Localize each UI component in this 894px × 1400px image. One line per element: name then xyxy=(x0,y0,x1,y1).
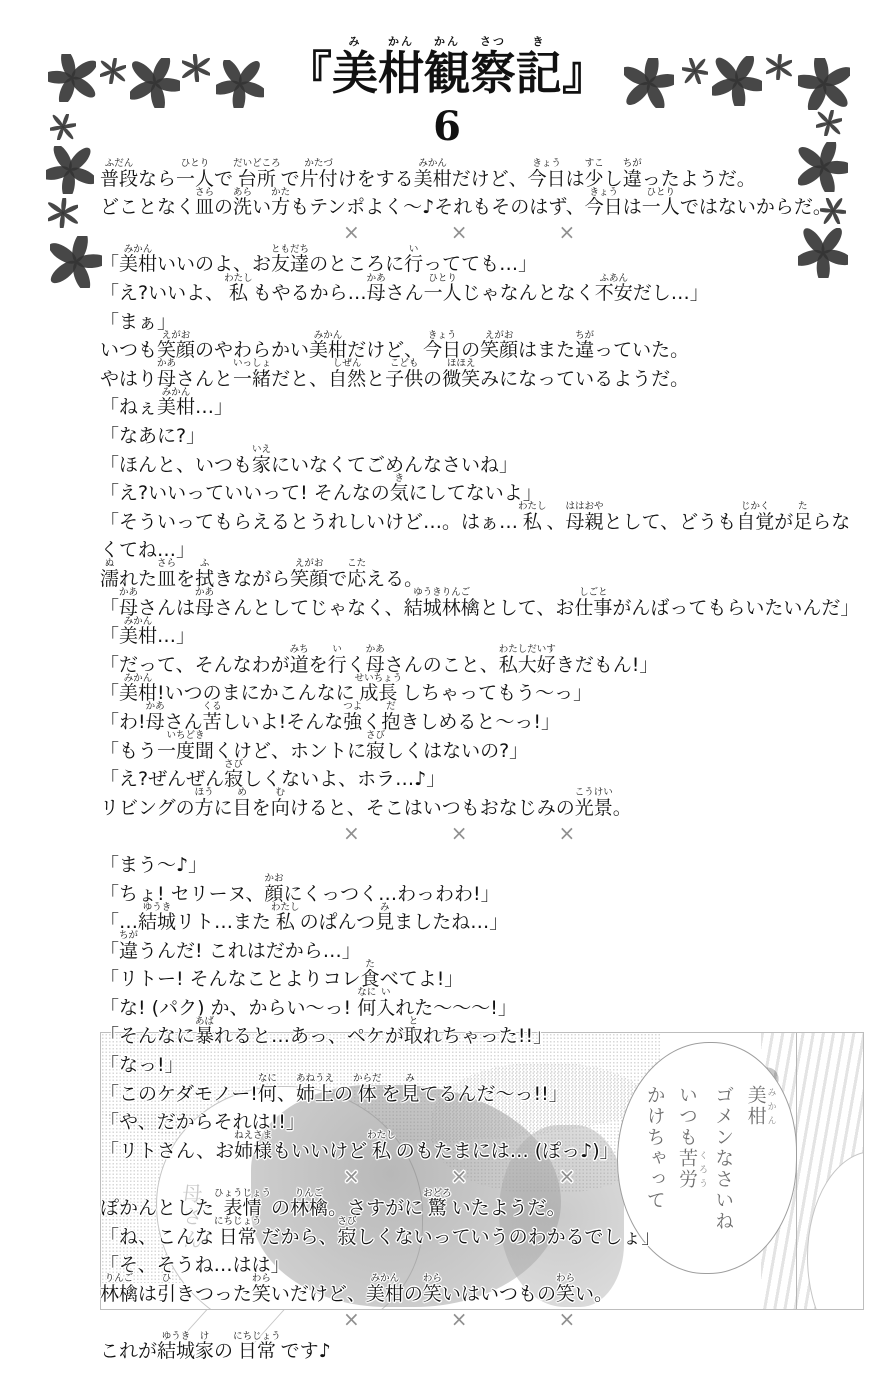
x-separator-icon: × xyxy=(559,222,576,242)
text-line: 「みかん美柑!いつのまにかこんなにせいちょう成長しちゃってもう〜っ」 xyxy=(100,676,870,705)
furigana-group: き記 xyxy=(516,36,562,98)
separator-row: ××× xyxy=(100,1162,870,1191)
x-separator-icon: × xyxy=(451,1309,468,1329)
furigana-group: にちじょう日常 xyxy=(233,1332,281,1362)
furigana-group: わら笑 xyxy=(252,1274,271,1304)
text-line: 「だって、そんなわがみち道をい行くかあ母さんのこと、わたしだいす私大好きだもん!… xyxy=(100,647,870,676)
text-line: 「ねぇみかん美柑…」 xyxy=(100,390,870,419)
text-line: 「かあ母さんはかあ母さんとしてじゃなく、ゆうきりんご結城林檎として、おしごと仕事… xyxy=(100,590,870,619)
furigana-group: ほう方 xyxy=(195,788,214,818)
text-line: 「このケダモノー!なに何、あねうえ姉上のからだ体をみ見てるんだ〜っ!!」 xyxy=(100,1076,870,1105)
title-row: 『み美かん柑かん観さつ察き記』 xyxy=(0,36,894,98)
text-line: 「もういちどき一度聞くけど、ホントにさび寂しくはないの?」 xyxy=(100,733,870,762)
text-line: どことなくさら皿のあら洗いかた方もテンポよく〜♪それもそのはず、きょう今日はひと… xyxy=(100,190,870,219)
novel-page: { "title": { "main": "『[美|み][柑|かん][観|かん]… xyxy=(0,0,894,1400)
text-line: りんご林檎はひ引きつったわら笑いだけど、みかん美柑のわら笑いはいつものわら笑い。 xyxy=(100,1276,870,1305)
text-line: 「…ゆうき結城リト…またわたし私のぱんつみ見ましたね…」 xyxy=(100,904,870,933)
text-line: これがゆうき結城け家のにちじょう日常です♪ xyxy=(100,1333,870,1362)
furigana-group: み美 xyxy=(332,36,378,98)
furigana-group: ねえさま姉様 xyxy=(234,1131,272,1161)
flower-star-icon xyxy=(46,146,94,198)
furigana-group: さつ察 xyxy=(470,36,516,98)
furigana-group: こた応 xyxy=(347,559,366,589)
furigana-group: しぜん自然 xyxy=(328,359,366,389)
furigana-group: だ抱 xyxy=(381,702,400,732)
x-separator-icon: × xyxy=(559,823,576,843)
furigana-group: わたし私 xyxy=(224,274,253,304)
text-line: 「ちょ! セリーヌ、かお顔にくっつく…わっわわ!」 xyxy=(100,876,870,905)
text-line: 「みかん美柑いいのよ、おともだち友達のところにい行ってても…」 xyxy=(100,247,870,276)
furigana-group: た足 xyxy=(793,502,812,532)
text-line: ふだん普段ならひとり一人でだいどころ台所でかたづ片付けをするみかん美柑だけど、き… xyxy=(100,161,870,190)
furigana-group: かあ母 xyxy=(366,645,385,675)
furigana-group: ほほえ微笑 xyxy=(442,359,480,389)
x-separator-icon: × xyxy=(559,1166,576,1186)
furigana-group: ふだん普段 xyxy=(100,159,138,189)
furigana-group: みかん美柑 xyxy=(366,1274,404,1304)
furigana-group: いっしょ一緒 xyxy=(233,359,271,389)
furigana-group: こども子供 xyxy=(385,359,423,389)
furigana-group: い行 xyxy=(328,645,347,675)
furigana-group: なに何 xyxy=(258,1074,277,1104)
furigana-group: さび寂 xyxy=(338,1217,357,1247)
furigana-group: えがお笑顔 xyxy=(290,559,328,589)
furigana-group: きょう今日 xyxy=(528,159,566,189)
furigana-group: わら笑 xyxy=(556,1274,575,1304)
x-separator-icon: × xyxy=(343,823,360,843)
furigana-group: にちじょう日常 xyxy=(214,1217,262,1247)
furigana-group: かん観 xyxy=(424,36,470,98)
furigana-group: ゆうきりんご結城林檎 xyxy=(404,588,480,618)
text-line: 「そんなにあば暴れると…あっ、ペケがと取れちゃった!!」 xyxy=(100,1019,870,1048)
text-line: 「ちが違うんだ! これはだから…」 xyxy=(100,933,870,962)
furigana-group: き気 xyxy=(390,474,409,504)
furigana-group: ひとり一人 xyxy=(642,188,680,218)
furigana-group: いちどき一度聞 xyxy=(157,731,214,761)
furigana-group: ちが違 xyxy=(575,331,594,361)
furigana-group: む向 xyxy=(271,788,290,818)
furigana-group: ともだち友達 xyxy=(271,245,309,275)
furigana-group: いえ家 xyxy=(252,445,271,475)
text-line: 「リトさん、おねえさま姉様もいいけどわたし私のもたまには… (ぽっ♪)」 xyxy=(100,1133,870,1162)
furigana-group: さび寂 xyxy=(224,760,243,790)
furigana-group: と取 xyxy=(404,1017,423,1047)
furigana-group: ひとり一人 xyxy=(176,159,214,189)
furigana-group: せいちょう成長 xyxy=(355,674,403,704)
furigana-group: みかん美柑 xyxy=(309,331,347,361)
x-separator-icon: × xyxy=(451,823,468,843)
furigana-group: みかん美柑 xyxy=(414,159,452,189)
text-line: 「え?いいよ、わたし私もやるから…かあ母さんひとり一人じゃなんとなくふあん不安だ… xyxy=(100,275,870,304)
furigana-group: えがお笑顔 xyxy=(480,331,518,361)
furigana-group: ちが違 xyxy=(119,931,138,961)
furigana-group: み見 xyxy=(375,903,394,933)
furigana-group: なに何 xyxy=(357,988,376,1018)
furigana-group: みかん美柑 xyxy=(157,388,195,418)
text-line: 「え?ぜんぜんさび寂しくないよ、ホラ…♪」 xyxy=(100,761,870,790)
furigana-group: わたし私 xyxy=(367,1131,396,1161)
body-text: ふだん普段ならひとり一人でだいどころ台所でかたづ片付けをするみかん美柑だけど、き… xyxy=(100,161,870,1362)
furigana-group: こうけい光景 xyxy=(575,788,613,818)
furigana-group: い行 xyxy=(404,245,423,275)
x-separator-icon: × xyxy=(343,222,360,242)
furigana-group: みかん美柑 xyxy=(119,617,157,647)
page-title: 『み美かん柑かん観さつ察き記』 xyxy=(286,36,608,98)
furigana-group: ひょうじょう表情 xyxy=(214,1189,271,1219)
text-line: いつもえがお笑顔のやわらかいみかん美柑だけど、きょう今日のえがお笑顔はまたちが違… xyxy=(100,333,870,362)
furigana-group: だいどころ台所 xyxy=(233,159,281,189)
text-line: 「まう〜♪」 xyxy=(100,847,870,876)
furigana-group: きょう今日 xyxy=(585,188,623,218)
furigana-group: えがお笑顔 xyxy=(157,331,195,361)
furigana-group: あら洗 xyxy=(233,188,252,218)
furigana-group: ふあん不安 xyxy=(595,274,633,304)
furigana-group: た食 xyxy=(361,960,380,990)
separator-row: ××× xyxy=(100,1305,870,1334)
furigana-group: ちが違 xyxy=(623,159,642,189)
furigana-group: あば暴 xyxy=(195,1017,214,1047)
text-line: 「なあに?」 xyxy=(100,418,870,447)
furigana-group: け家 xyxy=(195,1332,214,1362)
x-separator-icon: × xyxy=(451,222,468,242)
furigana-group: さび寂 xyxy=(366,731,385,761)
chapter-number: 6 xyxy=(0,103,894,150)
text-line: 「や、だからそれは!!」 xyxy=(100,1105,870,1134)
text-line: やはりかあ母さんといっしょ一緒だと、しぜん自然とこども子供のほほえ微笑みになって… xyxy=(100,361,870,390)
furigana-group: かあ母 xyxy=(157,359,176,389)
text-line: くてね…」 xyxy=(100,533,870,562)
furigana-group: きょう今日 xyxy=(423,331,461,361)
furigana-group: い入 xyxy=(376,988,395,1018)
flower-star-icon xyxy=(50,236,102,292)
text-line: 「な! (パク) か、からい〜っ! なに何い入れた〜〜〜!」 xyxy=(100,990,870,1019)
text-line: 「なっ!」 xyxy=(100,1047,870,1076)
furigana-group: りんご林檎 xyxy=(100,1274,138,1304)
text-line: 「ほんと、いつもいえ家にいなくてごめんなさいね」 xyxy=(100,447,870,476)
text-line: 「みかん美柑…」 xyxy=(100,619,870,648)
furigana-group: かん柑 xyxy=(378,36,424,98)
furigana-group: わら笑 xyxy=(423,1274,442,1304)
furigana-group: わたし私 xyxy=(518,502,547,532)
furigana-group: かお顔 xyxy=(265,874,284,904)
furigana-group: みち道 xyxy=(290,645,309,675)
x-separator-icon: × xyxy=(343,1309,360,1329)
furigana-group: さら皿 xyxy=(157,559,176,589)
text-line: リビングのほう方にめ目をむ向けると、そこはいつもおなじみのこうけい光景。 xyxy=(100,790,870,819)
x-separator-icon: × xyxy=(451,1166,468,1186)
text-line: 「え?いいっていいって! そんなのき気にしてないよ」 xyxy=(100,476,870,505)
furigana-group: つよ強 xyxy=(343,702,362,732)
furigana-group: ひ引 xyxy=(157,1274,176,1304)
furigana-group: かた方 xyxy=(271,188,290,218)
x-separator-icon: × xyxy=(559,1309,576,1329)
separator-row: ××× xyxy=(100,218,870,247)
text-line: ぽかんとしたひょうじょう表情のりんご林檎。さすがにおどろ驚いたようだ。 xyxy=(100,1190,870,1219)
furigana-group: りんご林檎 xyxy=(290,1189,328,1219)
furigana-group: み見 xyxy=(401,1074,420,1104)
furigana-group: ふ拭 xyxy=(195,559,214,589)
furigana-group: わたしだいす私大好 xyxy=(499,645,556,675)
furigana-group: ゆうき結城 xyxy=(138,903,176,933)
furigana-group: しごと仕事 xyxy=(574,588,612,618)
furigana-group: ぬ濡 xyxy=(100,559,119,589)
furigana-group: みかん美柑 xyxy=(119,245,157,275)
text-line: 「まぁ」 xyxy=(100,304,870,333)
furigana-group: おどろ驚 xyxy=(423,1189,452,1219)
furigana-group: ははおや母親 xyxy=(566,502,604,532)
furigana-group: め目 xyxy=(233,788,252,818)
furigana-group: くる苦 xyxy=(203,702,222,732)
furigana-group: みかん美柑 xyxy=(119,674,157,704)
furigana-group: からだ体 xyxy=(353,1074,382,1104)
furigana-group: ひとり一人 xyxy=(424,274,462,304)
furigana-group: わたし私 xyxy=(271,903,300,933)
furigana-group: かあ母 xyxy=(119,588,138,618)
furigana-group: さら皿 xyxy=(195,188,214,218)
furigana-group: すこ少 xyxy=(585,159,604,189)
furigana-group: かあ母 xyxy=(195,588,214,618)
x-separator-icon: × xyxy=(343,1166,360,1186)
text-line: 「そ、そうね…はは」 xyxy=(100,1248,870,1277)
separator-row: ××× xyxy=(100,819,870,848)
furigana-group: かたづ片付 xyxy=(300,159,338,189)
text-line: ぬ濡れたさら皿をふ拭きながらえがお笑顔でこた応える。 xyxy=(100,561,870,590)
text-line: 「ね、こんなにちじょう日常だから、さび寂しくないっていうのわかるでしょ」 xyxy=(100,1219,870,1248)
furigana-group: ゆうき結城 xyxy=(157,1332,195,1362)
flower-star-icon xyxy=(48,198,78,232)
furigana-group: じかく自覚 xyxy=(736,502,774,532)
furigana-group: かあ母 xyxy=(367,274,386,304)
text-line: 「わ!かあ母さんくる苦しいよ!そんなつよ強くだ抱きしめると〜っ!」 xyxy=(100,704,870,733)
furigana-group: あねうえ姉上 xyxy=(296,1074,334,1104)
furigana-group: かあ母 xyxy=(146,702,165,732)
text-line: 「そういってもらえるとうれしいけど…。はぁ…わたし私、ははおや母親として、どうも… xyxy=(100,504,870,533)
text-line: 「リトー! そんなことよりコレた食べてよ!」 xyxy=(100,962,870,991)
